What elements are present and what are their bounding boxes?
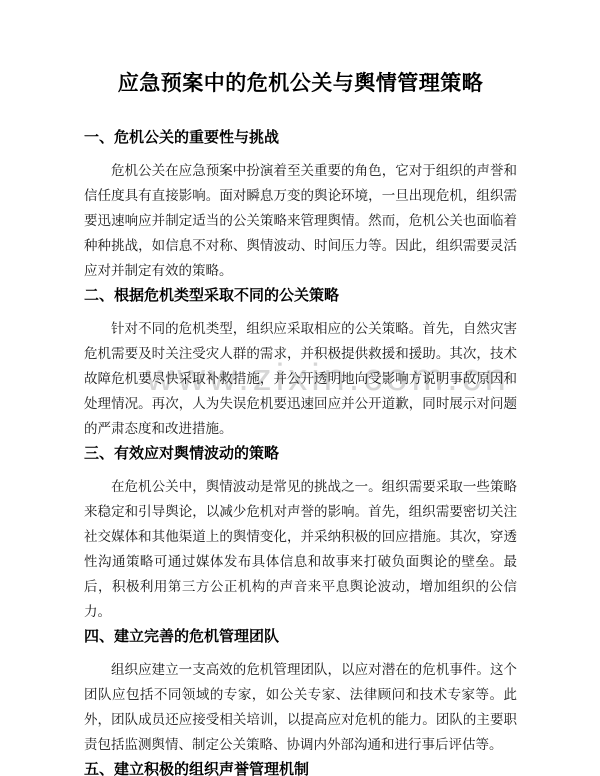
section-5: 五、建立积极的组织声誉管理机制 (84, 759, 517, 776)
section-3: 三、有效应对舆情波动的策略 在危机公关中，舆情波动是常见的挑战之一。组织需要采取… (84, 443, 517, 624)
section-2-heading: 二、根据危机类型采取不同的公关策略 (84, 285, 517, 306)
section-2-paragraph: 针对不同的危机类型，组织应采取相应的公关策略。首先，自然灾害危机需要及时关注受灾… (84, 316, 517, 441)
section-2: 二、根据危机类型采取不同的公关策略 针对不同的危机类型，组织应采取相应的公关策略… (84, 285, 517, 441)
section-4-heading: 四、建立完善的危机管理团队 (84, 626, 517, 647)
section-3-heading: 三、有效应对舆情波动的策略 (84, 443, 517, 464)
document-page: www.zixin.com.cn 应急预案中的危机公关与舆情管理策略 一、危机公… (0, 0, 600, 776)
document-title: 应急预案中的危机公关与舆情管理策略 (84, 69, 517, 99)
document-content: 应急预案中的危机公关与舆情管理策略 一、危机公关的重要性与挑战 危机公关在应急预… (0, 69, 600, 776)
section-5-heading: 五、建立积极的组织声誉管理机制 (84, 759, 517, 776)
section-3-paragraph: 在危机公关中，舆情波动是常见的挑战之一。组织需要采取一些策略来稳定和引导舆论，以… (84, 474, 517, 624)
section-1-heading: 一、危机公关的重要性与挑战 (84, 127, 517, 148)
section-4: 四、建立完善的危机管理团队 组织应建立一支高效的危机管理团队，以应对潜在的危机事… (84, 626, 517, 757)
section-1-paragraph: 危机公关在应急预案中扮演着至关重要的角色，它对于组织的声誉和信任度具有直接影响。… (84, 158, 517, 283)
section-4-paragraph: 组织应建立一支高效的危机管理团队，以应对潜在的危机事件。这个团队应包括不同领域的… (84, 657, 517, 757)
section-1: 一、危机公关的重要性与挑战 危机公关在应急预案中扮演着至关重要的角色，它对于组织… (84, 127, 517, 283)
